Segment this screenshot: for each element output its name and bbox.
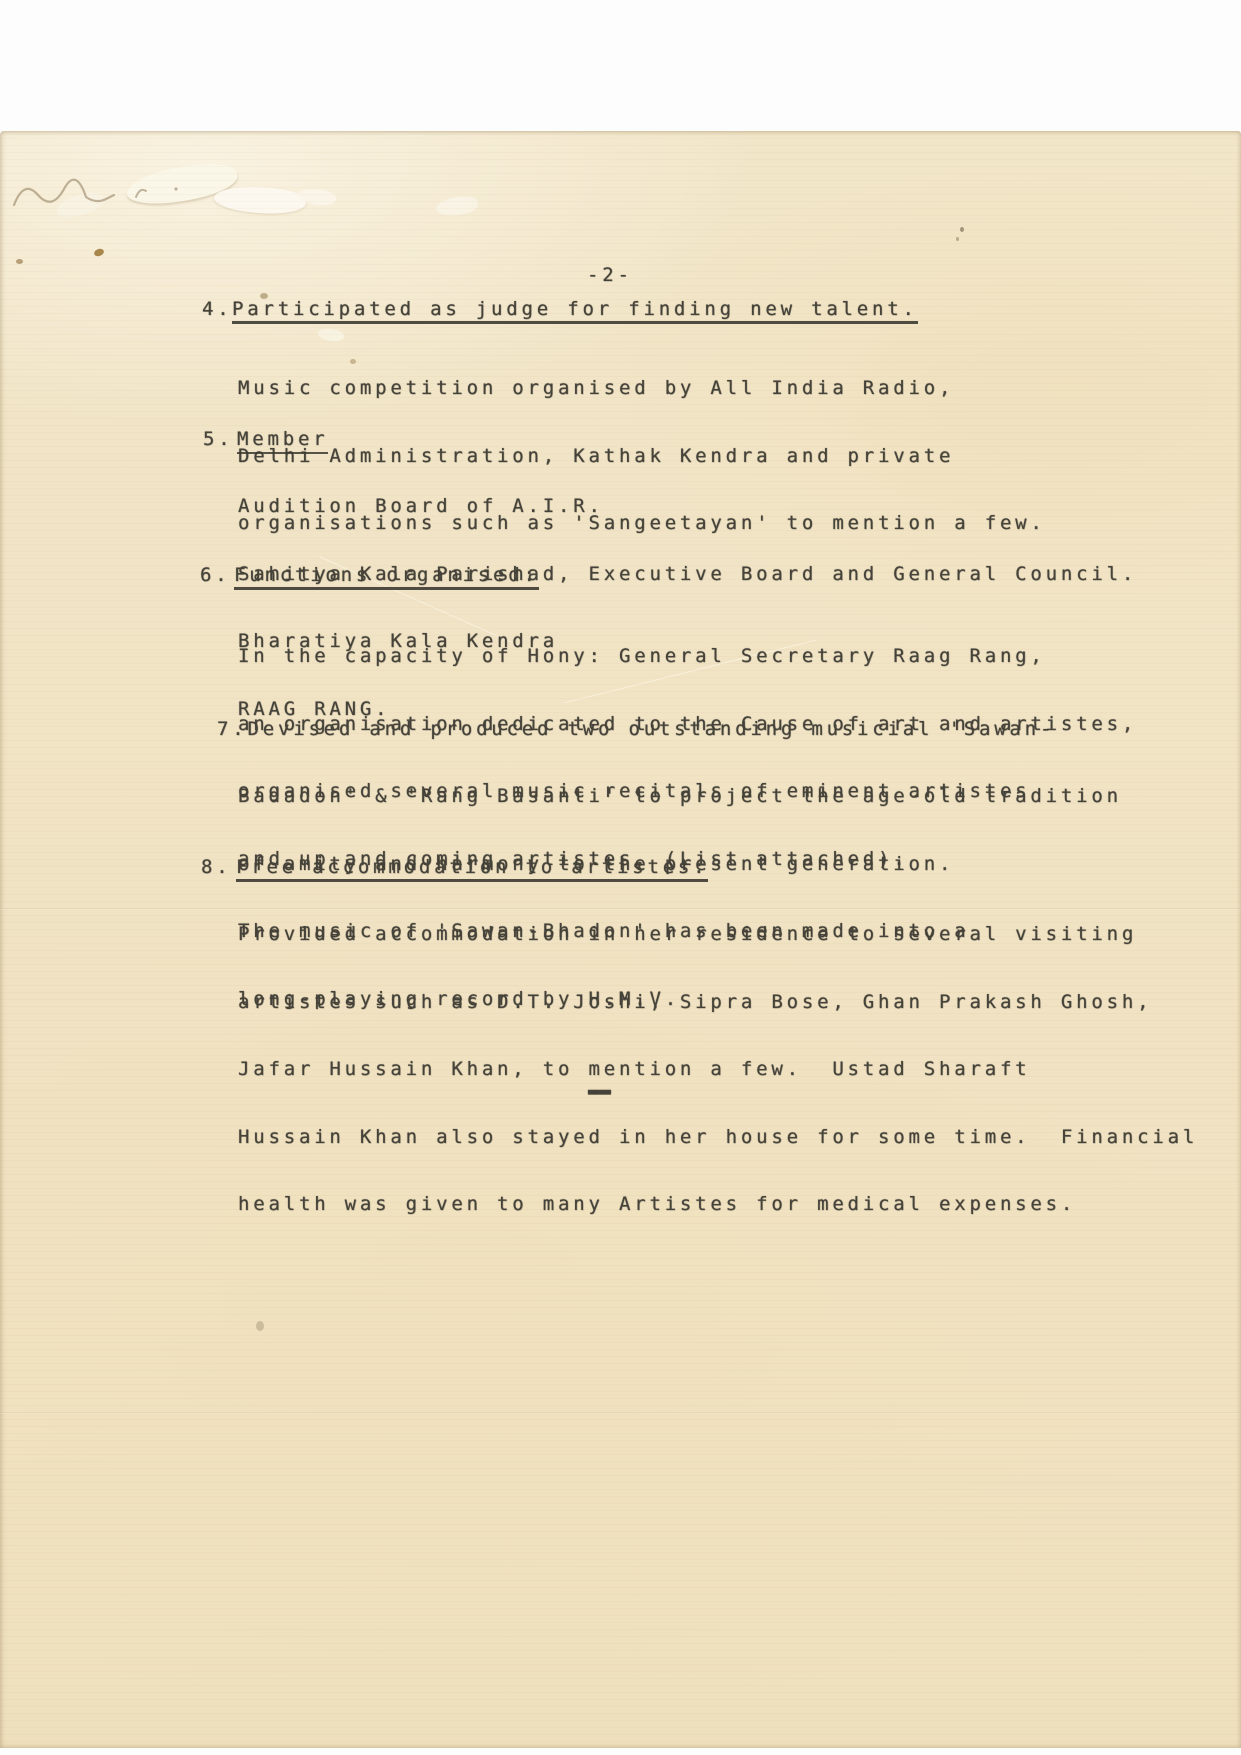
dash-glyph: —— bbox=[588, 1071, 611, 1112]
item-4-number: 4. bbox=[202, 298, 232, 321]
item-8-heading: Free accommodation to artistes: bbox=[236, 856, 708, 879]
paper-stain-speck bbox=[16, 259, 23, 264]
body-line: Devised and produced two outstanding mus… bbox=[247, 718, 1055, 740]
heading-underline: Participated as judge for finding new ta… bbox=[232, 298, 918, 324]
body-line: health was given to many Artistes for me… bbox=[238, 1193, 1198, 1216]
end-divider: —— bbox=[588, 1080, 611, 1103]
body-line: Music competition organised by All India… bbox=[238, 377, 1046, 400]
item-7-number: 7. bbox=[217, 718, 247, 740]
item-7-first-line: 7.Devised and produced two outstanding m… bbox=[217, 718, 1055, 741]
body-line: Audition Board of A.I.R. bbox=[238, 495, 1137, 518]
heading-underline: Functions organised: bbox=[234, 564, 539, 590]
item-5-number: 5. bbox=[203, 428, 233, 451]
body-line: Provided accommodation in her residence … bbox=[238, 923, 1198, 946]
scanned-document: -2- 4. Participated as judge for finding… bbox=[0, 0, 1241, 1755]
body-line: In the capacity of Hony: General Secreta… bbox=[238, 645, 1137, 668]
body-line: Hussain Khan also stayed in her house fo… bbox=[238, 1126, 1198, 1149]
paper-stain-speck bbox=[256, 1321, 264, 1331]
fold-crease bbox=[0, 1412, 1241, 1414]
body-line: Badadon' & 'Rang Basanti' to project the… bbox=[238, 785, 1122, 808]
page-number: -2- bbox=[587, 264, 633, 287]
item-6-number: 6. bbox=[200, 564, 230, 587]
body-line: artistes such as D.T. Joshi, Sipra Bose,… bbox=[238, 991, 1198, 1014]
item-4-heading: Participated as judge for finding new ta… bbox=[232, 298, 918, 321]
item-5-heading: Member bbox=[237, 428, 328, 451]
paper-damage-patch bbox=[213, 183, 307, 217]
body-line: Jafar Hussain Khan, to mention a few. Us… bbox=[238, 1058, 1198, 1081]
paper-damage-patch bbox=[435, 195, 478, 217]
paper-stain-speck bbox=[956, 237, 959, 241]
pencil-squiggle bbox=[8, 161, 218, 221]
paper-stain-speck bbox=[93, 248, 105, 258]
item-6-heading: Functions organised: bbox=[234, 564, 539, 587]
item-8-body: Provided accommodation in her residence … bbox=[238, 878, 1198, 1261]
item-8-number: 8. bbox=[201, 856, 231, 879]
paper-stain-speck bbox=[960, 227, 964, 232]
